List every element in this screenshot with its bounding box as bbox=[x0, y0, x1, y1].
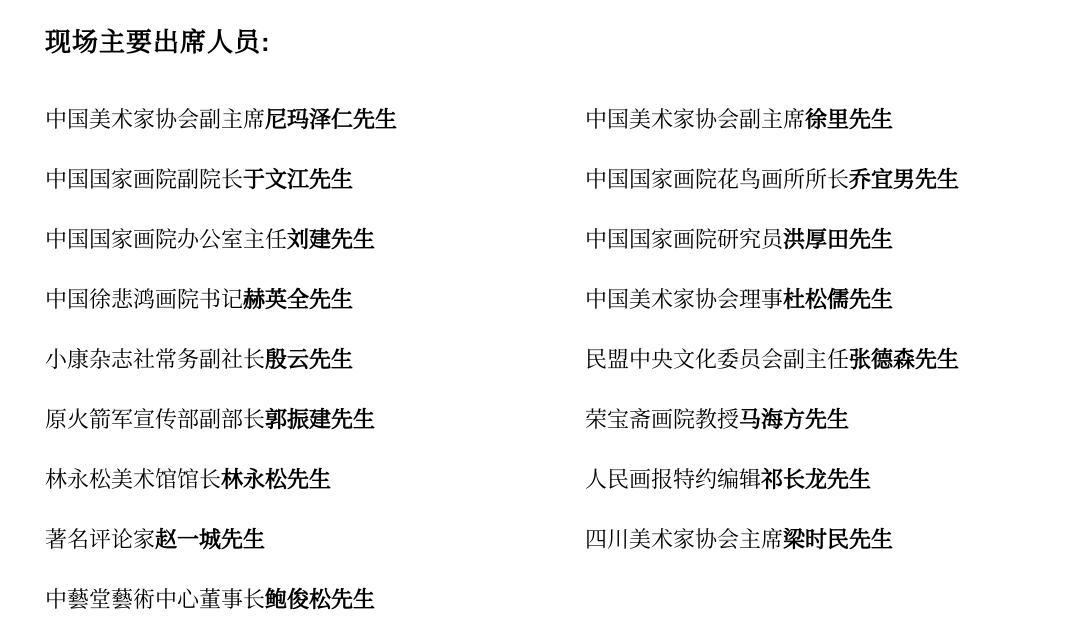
attendee-column-left: 中国美术家协会副主席尼玛泽仁先生 中国国家画院副院长于文江先生 中国国家画院办公… bbox=[45, 90, 585, 630]
attendee-row: 民盟中央文化委员会副主任张德森先生 bbox=[585, 330, 1080, 390]
attendee-row: 小康杂志社常务副社长殷云先生 bbox=[45, 330, 585, 390]
attendee-row: 中国国家画院研究员洪厚田先生 bbox=[585, 210, 1080, 270]
attendee-row: 林永松美术馆馆长林永松先生 bbox=[45, 450, 585, 510]
attendee-name: 刘建先生 bbox=[287, 227, 375, 252]
attendee-row: 原火箭军宣传部副部长郭振建先生 bbox=[45, 390, 585, 450]
attendee-row: 中国国家画院办公室主任刘建先生 bbox=[45, 210, 585, 270]
attendee-name: 鲍俊松先生 bbox=[265, 587, 375, 612]
attendee-name: 乔宜男先生 bbox=[849, 167, 959, 192]
attendee-name: 殷云先生 bbox=[265, 347, 353, 372]
attendee-row: 中国美术家协会副主席尼玛泽仁先生 bbox=[45, 90, 585, 150]
attendee-row: 中国国家画院副院长于文江先生 bbox=[45, 150, 585, 210]
attendee-name: 郭振建先生 bbox=[265, 407, 375, 432]
attendee-name: 马海方先生 bbox=[739, 407, 849, 432]
attendee-position: 民盟中央文化委员会副主任 bbox=[585, 347, 849, 372]
attendee-position: 中国美术家协会副主席 bbox=[45, 107, 265, 132]
attendee-position: 中藝堂藝術中心董事长 bbox=[45, 587, 265, 612]
attendee-row: 四川美术家协会主席梁时民先生 bbox=[585, 510, 1080, 570]
attendee-row: 荣宝斋画院教授马海方先生 bbox=[585, 390, 1080, 450]
attendee-name: 于文江先生 bbox=[243, 167, 353, 192]
attendee-position: 中国国家画院研究员 bbox=[585, 227, 783, 252]
attendee-name: 赫英全先生 bbox=[243, 287, 353, 312]
attendee-row: 中藝堂藝術中心董事长鲍俊松先生 bbox=[45, 570, 585, 630]
attendee-position: 中国国家画院办公室主任 bbox=[45, 227, 287, 252]
attendee-position: 原火箭军宣传部副部长 bbox=[45, 407, 265, 432]
attendee-name: 赵一城先生 bbox=[155, 527, 265, 552]
attendee-columns: 中国美术家协会副主席尼玛泽仁先生 中国国家画院副院长于文江先生 中国国家画院办公… bbox=[45, 90, 1080, 630]
attendee-name: 徐里先生 bbox=[805, 107, 893, 132]
attendee-name: 尼玛泽仁先生 bbox=[265, 107, 397, 132]
attendee-row: 中国徐悲鸿画院书记赫英全先生 bbox=[45, 270, 585, 330]
attendee-name: 梁时民先生 bbox=[783, 527, 893, 552]
attendee-position: 四川美术家协会主席 bbox=[585, 527, 783, 552]
attendee-position: 中国美术家协会理事 bbox=[585, 287, 783, 312]
attendee-position: 人民画报特约编辑 bbox=[585, 467, 761, 492]
attendee-position: 著名评论家 bbox=[45, 527, 155, 552]
attendee-name: 洪厚田先生 bbox=[783, 227, 893, 252]
attendee-position: 林永松美术馆馆长 bbox=[45, 467, 221, 492]
attendee-position: 中国美术家协会副主席 bbox=[585, 107, 805, 132]
attendee-position: 中国国家画院花鸟画所所长 bbox=[585, 167, 849, 192]
attendee-position: 中国国家画院副院长 bbox=[45, 167, 243, 192]
attendee-row: 人民画报特约编辑祁长龙先生 bbox=[585, 450, 1080, 510]
attendee-row: 中国美术家协会理事杜松儒先生 bbox=[585, 270, 1080, 330]
attendee-position: 中国徐悲鸿画院书记 bbox=[45, 287, 243, 312]
attendee-name: 张德森先生 bbox=[849, 347, 959, 372]
attendee-position: 荣宝斋画院教授 bbox=[585, 407, 739, 432]
attendee-name: 杜松儒先生 bbox=[783, 287, 893, 312]
attendee-row: 著名评论家赵一城先生 bbox=[45, 510, 585, 570]
attendee-column-right: 中国美术家协会副主席徐里先生 中国国家画院花鸟画所所长乔宜男先生 中国国家画院研… bbox=[585, 90, 1080, 570]
attendee-name: 祁长龙先生 bbox=[761, 467, 871, 492]
page-title: 现场主要出席人员: bbox=[45, 22, 271, 59]
attendee-row: 中国国家画院花鸟画所所长乔宜男先生 bbox=[585, 150, 1080, 210]
attendee-position: 小康杂志社常务副社长 bbox=[45, 347, 265, 372]
attendee-name: 林永松先生 bbox=[221, 467, 331, 492]
attendee-row: 中国美术家协会副主席徐里先生 bbox=[585, 90, 1080, 150]
